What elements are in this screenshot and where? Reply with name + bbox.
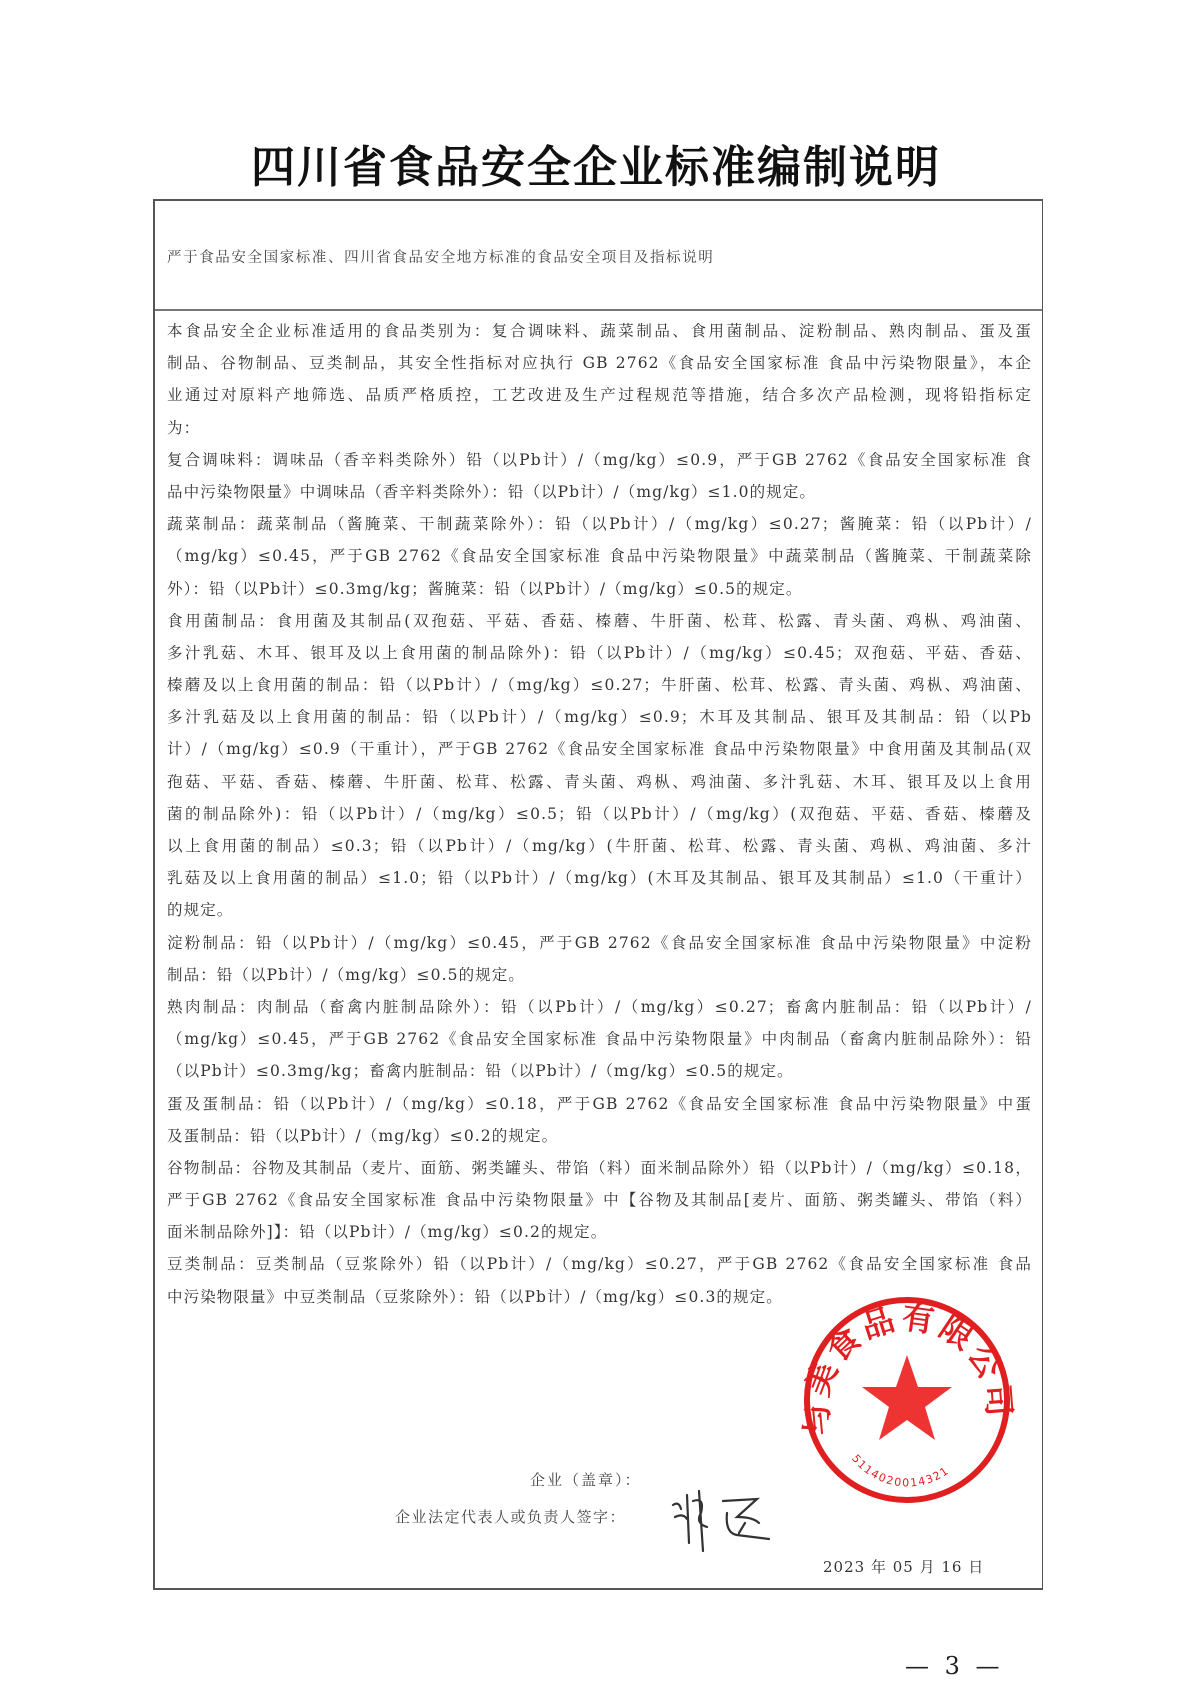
body-line: （以Pb计）≤0.3mg/kg；畜禽内脏制品：铅（以Pb计）/（mg/kg）≤0… bbox=[167, 1055, 1032, 1087]
sign-date: 2023 年 05 月 16 日 bbox=[823, 1556, 984, 1577]
svg-text:5114020014321: 5114020014321 bbox=[849, 1452, 952, 1489]
page-number: — 3 — bbox=[905, 1652, 1004, 1680]
body-line: （mg/kg）≤0.45，严于GB 2762《食品安全国家标准 食品中污染物限量… bbox=[167, 1023, 1032, 1055]
body-line: 蔬菜制品：蔬菜制品（酱腌菜、干制蔬菜除外）：铅（以Pb计）/（mg/kg）≤0.… bbox=[167, 508, 1032, 540]
body-line: 食用菌制品：食用菌及其制品(双孢菇、平菇、香菇、榛蘑、牛肝菌、松茸、松露、青头菌… bbox=[167, 605, 1032, 637]
body-line: 菌的制品除外)：铅（以Pb计）/（mg/kg）≤0.5；铅（以Pb计）/（mg/… bbox=[167, 798, 1032, 830]
body-line: 多汁乳菇及以上食用菌的制品：铅（以Pb计）/（mg/kg）≤0.9；木耳及其制品… bbox=[167, 701, 1032, 733]
body-line: 以上食用菌的制品）≤0.3；铅（以Pb计）/（mg/kg）(牛肝菌、松茸、松露、… bbox=[167, 830, 1032, 862]
section-heading-cell: 严于食品安全国家标准、四川省食品安全地方标准的食品安全项目及指标说明 bbox=[155, 201, 1042, 311]
body-line: 制品、谷物制品、豆类制品，其安全性指标对应执行 GB 2762《食品安全国家标准… bbox=[167, 347, 1032, 379]
body-line: 制品：铅（以Pb计）/（mg/kg）≤0.5的规定。 bbox=[167, 959, 1032, 991]
body-line: 本食品安全企业标准适用的食品类别为：复合调味料、蔬菜制品、食用菌制品、淀粉制品、… bbox=[167, 315, 1032, 347]
body-line: 计）/（mg/kg）≤0.9（干重计），严于GB 2762《食品安全国家标准 食… bbox=[167, 733, 1032, 765]
signer-label: 企业法定代表人或负责人签字： bbox=[395, 1506, 626, 1527]
body-line: 熟肉制品：肉制品（畜禽内脏制品除外）：铅（以Pb计）/（mg/kg）≤0.27；… bbox=[167, 991, 1032, 1023]
section-heading: 严于食品安全国家标准、四川省食品安全地方标准的食品安全项目及指标说明 bbox=[167, 246, 714, 267]
document-title: 四川省食品安全企业标准编制说明 bbox=[0, 140, 1192, 196]
form-table: 严于食品安全国家标准、四川省食品安全地方标准的食品安全项目及指标说明 本食品安全… bbox=[153, 199, 1043, 1590]
body-line: 复合调味料：调味品（香辛料类除外）铅（以Pb计）/（mg/kg）≤0.9，严于G… bbox=[167, 444, 1032, 476]
body-line: 蛋及蛋制品：铅（以Pb计）/（mg/kg）≤0.18，严于GB 2762《食品安… bbox=[167, 1088, 1032, 1120]
signature-block: 与美食品有限公司 5114020014321 企业（盖章）： 企业法定代表人或负… bbox=[155, 1201, 1042, 1581]
body-line: 外）：铅（以Pb计）≤0.3mg/kg；酱腌菜：铅（以Pb计）/（mg/kg）≤… bbox=[167, 573, 1032, 605]
body-line: 品中污染物限量》中调味品（香辛料类除外）：铅（以Pb计）/（mg/kg）≤1.0… bbox=[167, 476, 1032, 508]
body-line: 多汁乳菇、木耳、银耳及以上食用菌的制品除外)：铅（以Pb计）/（mg/kg）≤0… bbox=[167, 637, 1032, 669]
body-line: 乳菇及以上食用菌的制品）≤1.0；铅（以Pb计）/（mg/kg）(木耳及其制品、… bbox=[167, 862, 1032, 894]
body-line: 淀粉制品：铅（以Pb计）/（mg/kg）≤0.45，严于GB 2762《食品安全… bbox=[167, 927, 1032, 959]
body-line: 孢菇、平菇、香菇、榛蘑、牛肝菌、松茸、松露、青头菌、鸡枞、鸡油菌、多汁乳菇、木耳… bbox=[167, 766, 1032, 798]
body-line: 的规定。 bbox=[167, 894, 1032, 926]
body-line: 谷物制品：谷物及其制品（麦片、面筋、粥类罐头、带馅（料）面米制品除外）铅（以Pb… bbox=[167, 1152, 1032, 1184]
body-line: 及蛋制品：铅（以Pb计）/（mg/kg）≤0.2的规定。 bbox=[167, 1120, 1032, 1152]
body-text: 本食品安全企业标准适用的食品类别为：复合调味料、蔬菜制品、食用菌制品、淀粉制品、… bbox=[167, 315, 1032, 1313]
handwritten-signature-icon bbox=[665, 1483, 775, 1553]
body-line: 榛蘑及以上食用菌的制品：铅（以Pb计）/（mg/kg）≤0.27；牛肝菌、松茸、… bbox=[167, 669, 1032, 701]
body-line: 为： bbox=[167, 412, 1032, 444]
body-line: 业通过对原料产地筛选、品质严格质控，工艺改进及生产过程规范等措施，结合多次产品检… bbox=[167, 379, 1032, 411]
company-seal-icon: 与美食品有限公司 5114020014321 bbox=[800, 1293, 1015, 1508]
body-line: （mg/kg）≤0.45，严于GB 2762《食品安全国家标准 食品中污染物限量… bbox=[167, 540, 1032, 572]
seal-label: 企业（盖章）： bbox=[530, 1469, 642, 1490]
